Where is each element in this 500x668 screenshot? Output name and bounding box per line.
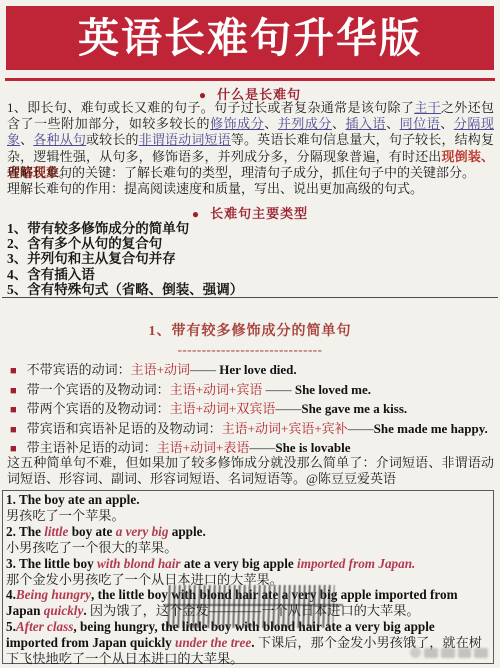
pattern-item: ■带宾语和宾语补足语的及物动词：主语+动词+宾语+宾补——She made me… bbox=[7, 420, 495, 440]
pattern-item-text: 带一个宾语的及物动词：主语+动词+宾语 —— She loved me. bbox=[27, 382, 371, 397]
key-line: 理解长难句的关键：了解长难句的类型，理清句子成分，抓住句子中的关键部分。 bbox=[7, 165, 494, 181]
types-list: 1、带有较多修饰成分的简单句 2、含有多个从句的复合句 3、并列句和主从复合句并… bbox=[7, 221, 494, 297]
pattern-item-text: 带主语补足语的动词：主语+动词+表语——She is lovable bbox=[27, 440, 351, 455]
example-line: 那个金发小男孩吃了一个从日本进口的大苹果。 bbox=[6, 572, 490, 588]
pattern-item-text: 带两个宾语的及物动词：主语+动词+双宾语——She gave me a kiss… bbox=[27, 401, 408, 416]
type-item: 1、带有较多修饰成分的简单句 bbox=[7, 221, 494, 236]
square-bullet-icon: ■ bbox=[10, 443, 17, 455]
use-line: 理解长难句的作用：提高阅读速度和质量，写出、说出更加高级的句式。 bbox=[7, 181, 494, 197]
pattern-item-text: 不带宾语的动词：主语+动词—— Her love died. bbox=[27, 362, 297, 377]
dashed-divider: ------------------------------ bbox=[0, 342, 500, 358]
square-bullet-icon: ■ bbox=[10, 424, 17, 436]
example-line: 男孩吃了一个苹果。 bbox=[6, 508, 490, 524]
examples-box: 1. The boy ate an apple. 男孩吃了一个苹果。 2. Th… bbox=[2, 490, 494, 664]
pattern-list: ■不带宾语的动词：主语+动词—— Her love died. ■带一个宾语的及… bbox=[7, 361, 495, 459]
note-paragraph: 这五种简单句不难，但如果加了较多修饰成分就没那么简单了：介词短语、非谓语动词短语… bbox=[7, 455, 494, 487]
example-line: 3. The little boy with blond hair ate a … bbox=[6, 556, 490, 572]
pattern-item: ■不带宾语的动词：主语+动词—— Her love died. bbox=[7, 361, 495, 381]
bullet-dot-icon: ● bbox=[192, 207, 200, 221]
example-line: 5.After class, being hungry, the little … bbox=[6, 619, 490, 667]
square-bullet-icon: ■ bbox=[10, 404, 17, 416]
example-line: 小男孩吃了一个很大的苹果。 bbox=[6, 540, 490, 556]
section-header-types: ●长难句主要类型 bbox=[0, 203, 500, 222]
square-bullet-icon: ■ bbox=[10, 365, 17, 377]
type-item: 2、含有多个从句的复合句 bbox=[7, 236, 494, 251]
watermark-logo-icon bbox=[410, 647, 421, 658]
pattern-item-text: 带宾语和宾语补足语的及物动词：主语+动词+宾语+宾补——She made me … bbox=[27, 421, 488, 436]
example-line: 4.Being hungry, the little boy with blon… bbox=[6, 587, 490, 619]
weibo-watermark bbox=[410, 646, 488, 659]
square-bullet-icon: ■ bbox=[10, 385, 17, 397]
pattern-item: ■带两个宾语的及物动词：主语+动词+双宾语——She gave me a kis… bbox=[7, 400, 495, 420]
simple-sentence-title: 1、带有较多修饰成分的简单句 bbox=[0, 320, 500, 340]
type-item: 5、含有特殊句式（省略、倒装、强调） bbox=[7, 282, 494, 297]
page-title: 英语长难句升华版 bbox=[78, 18, 422, 59]
horizontal-divider bbox=[2, 297, 498, 298]
title-banner: 英语长难句升华版 bbox=[6, 6, 494, 70]
example-line: 1. The boy ate an apple. bbox=[6, 492, 490, 508]
red-divider bbox=[5, 78, 495, 81]
section-header-types-label: 长难句主要类型 bbox=[210, 206, 308, 221]
example-line: 2. The little boy ate a very big apple. bbox=[6, 524, 490, 540]
type-item: 4、含有插入语 bbox=[7, 267, 494, 282]
pattern-item: ■带一个宾语的及物动词：主语+动词+宾语 —— She loved me. bbox=[7, 381, 495, 401]
type-item: 3、并列句和主从复合句并存 bbox=[7, 251, 494, 266]
